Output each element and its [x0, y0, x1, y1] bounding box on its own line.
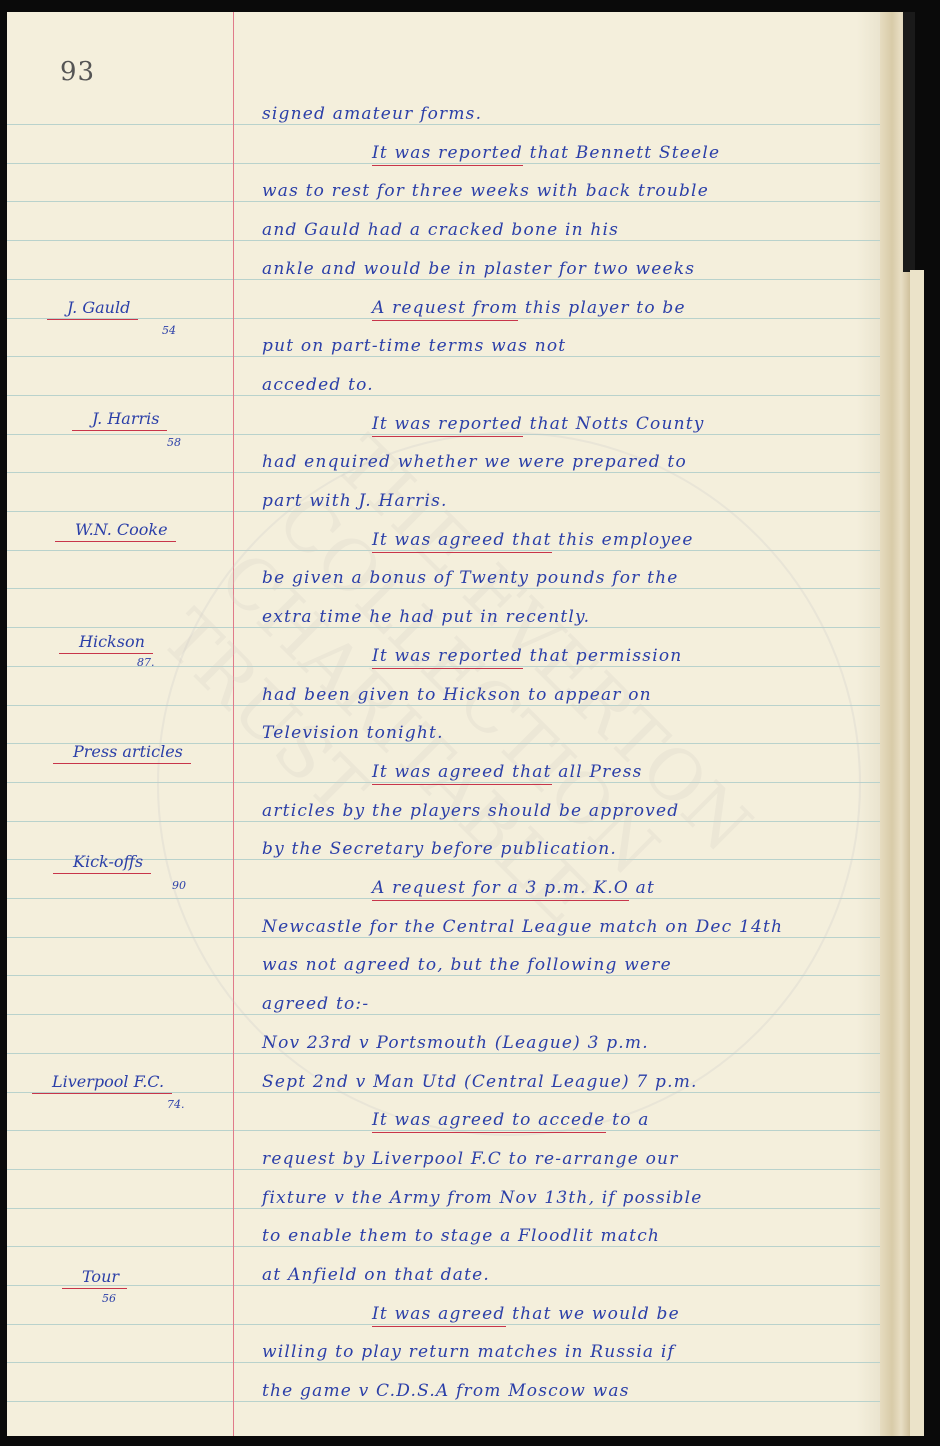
text-line: had enquired whether we were prepared to: [262, 452, 687, 472]
text-line: to enable them to stage a Floodlit match: [262, 1226, 660, 1246]
text-line: It was reported that Notts County: [372, 414, 705, 434]
line-text: this player to be: [518, 298, 685, 318]
text-line: extra time he had put in recently.: [262, 607, 590, 627]
text-line: request by Liverpool F.C to re-arrange o…: [262, 1149, 679, 1169]
ruled-line: [7, 627, 887, 628]
line-text: request by Liverpool F.C to re-arrange o…: [262, 1149, 679, 1169]
line-text: all Press: [552, 762, 643, 782]
text-line: Newcastle for the Central League match o…: [262, 917, 783, 937]
line-text: to enable them to stage a Floodlit match: [262, 1226, 660, 1246]
binding-spine: [903, 12, 915, 272]
text-line: be given a bonus of Twenty pounds for th…: [262, 568, 679, 588]
text-line: the game v C.D.S.A from Moscow was: [262, 1381, 630, 1401]
margin-ref: 87.: [137, 656, 155, 669]
text-line: was to rest for three weeks with back tr…: [262, 181, 709, 201]
margin-note-liverpool: Liverpool F.C.: [52, 1072, 172, 1091]
text-line: had been given to Hickson to appear on: [262, 685, 652, 705]
margin-note-harris: J. Harris: [92, 409, 167, 428]
text-line: A request for a 3 p.m. K.O at: [372, 878, 655, 898]
line-text: Sept 2nd v Man Utd (Central League) 7 p.…: [262, 1072, 698, 1092]
line-text: willing to play return matches in Russia…: [262, 1342, 675, 1362]
underlined-phrase: It was agreed that: [372, 530, 552, 553]
ruled-line: [7, 1285, 887, 1286]
line-text: was not agreed to, but the following wer…: [262, 955, 672, 975]
page-edge-strip: [910, 270, 924, 1436]
underlined-phrase: A request from: [372, 298, 518, 321]
line-text: be given a bonus of Twenty pounds for th…: [262, 568, 679, 588]
ruled-line: [7, 511, 887, 512]
underlined-phrase: It was reported: [372, 143, 523, 166]
text-line: agreed to:-: [262, 994, 369, 1014]
line-text: had enquired whether we were prepared to: [262, 452, 687, 472]
text-line: and Gauld had a cracked bone in his: [262, 220, 619, 240]
text-line: acceded to.: [262, 375, 374, 395]
ruled-line: [7, 124, 887, 125]
underlined-phrase: It was reported: [372, 646, 523, 669]
line-text: this employee: [552, 530, 694, 550]
line-text: Nov 23rd v Portsmouth (League) 3 p.m.: [262, 1033, 649, 1053]
text-line: Nov 23rd v Portsmouth (League) 3 p.m.: [262, 1033, 649, 1053]
text-line: by the Secretary before publication.: [262, 839, 617, 859]
line-text: that Bennett Steele: [523, 143, 720, 163]
margin-rule: [233, 12, 234, 1436]
ruled-line: [7, 201, 887, 202]
ruled-line: [7, 1362, 887, 1363]
ruled-line: [7, 279, 887, 280]
text-line: articles by the players should be approv…: [262, 801, 679, 821]
ruled-line: [7, 395, 887, 396]
ruled-line: [7, 240, 887, 241]
ruled-line: [7, 1246, 887, 1247]
text-line: fixture v the Army from Nov 13th, if pos…: [262, 1188, 703, 1208]
margin-ref: 90: [172, 879, 186, 892]
page-number: 93: [60, 57, 95, 87]
text-line: signed amateur forms.: [262, 104, 482, 124]
line-text: was to rest for three weeks with back tr…: [262, 181, 709, 201]
line-text: that we would be: [506, 1304, 680, 1324]
line-text: that permission: [523, 646, 682, 666]
line-text: acceded to.: [262, 375, 374, 395]
text-line: Sept 2nd v Man Utd (Central League) 7 p.…: [262, 1072, 698, 1092]
ledger-page: THE EVERTON COLLECTION CHARITABLE TRUST …: [7, 12, 892, 1436]
line-text: Television tonight.: [262, 723, 444, 743]
line-text: that Notts County: [523, 414, 705, 434]
text-line: It was reported that permission: [372, 646, 682, 666]
text-line: Television tonight.: [262, 723, 444, 743]
text-line: at Anfield on that date.: [262, 1265, 490, 1285]
line-text: signed amateur forms.: [262, 104, 482, 124]
margin-note-hickson: Hickson: [79, 632, 153, 651]
ruled-line: [7, 356, 887, 357]
ruled-line: [7, 1401, 887, 1402]
line-text: at: [629, 878, 655, 898]
text-line: It was agreed that all Press: [372, 762, 643, 782]
text-line: willing to play return matches in Russia…: [262, 1342, 675, 1362]
line-text: extra time he had put in recently.: [262, 607, 590, 627]
underlined-phrase: It was agreed that: [372, 762, 552, 785]
line-text: fixture v the Army from Nov 13th, if pos…: [262, 1188, 703, 1208]
margin-note-press: Press articles: [73, 742, 191, 761]
line-text: Newcastle for the Central League match o…: [262, 917, 783, 937]
line-text: by the Secretary before publication.: [262, 839, 617, 859]
line-text: at Anfield on that date.: [262, 1265, 490, 1285]
line-text: had been given to Hickson to appear on: [262, 685, 652, 705]
margin-note-cooke: W.N. Cooke: [75, 520, 176, 539]
ruled-line: [7, 705, 887, 706]
underlined-phrase: It was reported: [372, 414, 523, 437]
line-text: part with J. Harris.: [262, 491, 448, 511]
ruled-line: [7, 821, 887, 822]
line-text: to a: [606, 1110, 650, 1130]
underlined-phrase: A request for a 3 p.m. K.O: [372, 878, 629, 901]
text-line: A request from this player to be: [372, 298, 686, 318]
text-line: It was agreed to accede to a: [372, 1110, 650, 1130]
text-line: It was agreed that this employee: [372, 530, 694, 550]
line-text: the game v C.D.S.A from Moscow was: [262, 1381, 630, 1401]
underlined-phrase: It was agreed to accede: [372, 1110, 606, 1133]
ruled-line: [7, 472, 887, 473]
ruled-line: [7, 937, 887, 938]
margin-ref: 58: [167, 436, 181, 449]
line-text: articles by the players should be approv…: [262, 801, 679, 821]
margin-note-tour: Tour: [82, 1267, 127, 1286]
ruled-line: [7, 1208, 887, 1209]
text-line: was not agreed to, but the following wer…: [262, 955, 672, 975]
line-text: and Gauld had a cracked bone in his: [262, 220, 619, 240]
text-line: part with J. Harris.: [262, 491, 448, 511]
underlined-phrase: It was agreed: [372, 1304, 506, 1327]
margin-ref: 54: [162, 324, 176, 337]
ruled-line: [7, 588, 887, 589]
text-line: ankle and would be in plaster for two we…: [262, 259, 695, 279]
margin-ref: 56: [102, 1292, 116, 1305]
text-line: It was reported that Bennett Steele: [372, 143, 720, 163]
line-text: put on part-time terms was not: [262, 336, 566, 356]
text-line: It was agreed that we would be: [372, 1304, 680, 1324]
ruled-line: [7, 1169, 887, 1170]
text-line: put on part-time terms was not: [262, 336, 566, 356]
ruled-line: [7, 1014, 887, 1015]
line-text: ankle and would be in plaster for two we…: [262, 259, 695, 279]
margin-note-gauld: J. Gauld: [67, 298, 138, 317]
line-text: agreed to:-: [262, 994, 369, 1014]
ruled-line: [7, 975, 887, 976]
ruled-line: [7, 1053, 887, 1054]
margin-ref: 74.: [167, 1098, 185, 1111]
margin-note-kickoffs: Kick-offs: [73, 852, 151, 871]
